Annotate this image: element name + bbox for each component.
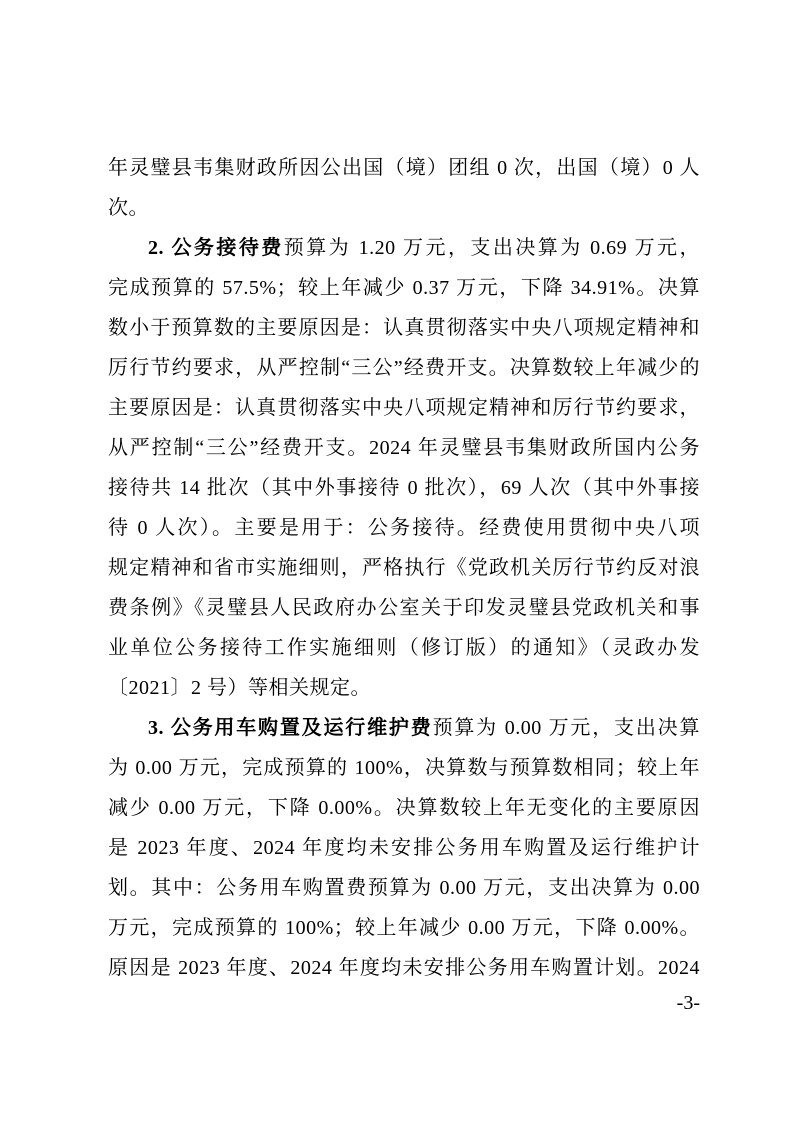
text-line: 是 2023 年度、2024 年度均未安排公务用车购置及运行维护计 [108,828,700,868]
text-run: 次。 [108,197,149,219]
text-line: 数小于预算数的主要原因是：认真贯彻落实中央八项规定精神和 [108,308,700,348]
text-run: 规定精神和省市实施细则，严格执行《党政机关厉行节约反对浪 [108,557,700,579]
text-line: 年灵璧县韦集财政所因公出国（境）团组 0 次，出国（境）0 人 [108,148,700,188]
document-page: 年灵璧县韦集财政所因公出国（境）团组 0 次，出国（境）0 人次。2. 公务接待… [0,0,793,1122]
text-line: 接待共 14 批次（其中外事接待 0 批次），69 人次（其中外事接 [108,468,700,508]
text-run: 厉行节约要求，从严控制“三公”经费开支。决算数较上年减少的 [108,357,700,379]
page-number: -3- [677,991,700,1015]
text-line: 3. 公务用车购置及运行维护费预算为 0.00 万元，支出决算 [108,708,700,748]
text-run: 划。其中：公务用车购置费预算为 0.00 万元，支出决算为 0.00 [108,877,700,899]
text-run: 减少 0.00 万元，下降 0.00%。决算数较上年无变化的主要原因 [108,797,700,819]
document-body: 年灵璧县韦集财政所因公出国（境）团组 0 次，出国（境）0 人次。2. 公务接待… [108,148,700,988]
text-run: 〔2021〕2 号）等相关规定。 [108,677,371,699]
text-run: 是 2023 年度、2024 年度均未安排公务用车购置及运行维护计 [108,837,700,859]
text-run: 主要原因是：认真贯彻落实中央八项规定精神和厉行节约要求， [108,397,700,419]
text-run: 万元，完成预算的 100%；较上年减少 0.00 万元，下降 0.00%。 [108,917,700,939]
text-run: 年灵璧县韦集财政所因公出国（境）团组 0 次，出国（境）0 人 [108,157,700,179]
text-run: 从严控制“三公”经费开支。2024 年灵璧县韦集财政所国内公务 [108,437,700,459]
text-line: 为 0.00 万元，完成预算的 100%，决算数与预算数相同；较上年 [108,748,700,788]
section-heading: 2. 公务接待费 [148,237,284,259]
text-line: 费条例》《灵璧县人民政府办公室关于印发灵璧县党政机关和事 [108,588,700,628]
text-run: 预算为 1.20 万元，支出决算为 0.69 万元， [284,237,700,259]
text-line: 2. 公务接待费预算为 1.20 万元，支出决算为 0.69 万元， [108,228,700,268]
text-line: 厉行节约要求，从严控制“三公”经费开支。决算数较上年减少的 [108,348,700,388]
text-line: 业单位公务接待工作实施细则（修订版）的通知》（灵政办发 [108,628,700,668]
text-line: 主要原因是：认真贯彻落实中央八项规定精神和厉行节约要求， [108,388,700,428]
text-run: 待 0 人次）。主要是用于：公务接待。经费使用贯彻中央八项 [108,517,700,539]
text-line: 完成预算的 57.5%；较上年减少 0.37 万元，下降 34.91%。决算 [108,268,700,308]
text-run: 费条例》《灵璧县人民政府办公室关于印发灵璧县党政机关和事 [108,597,700,619]
text-run: 业单位公务接待工作实施细则（修订版）的通知》（灵政办发 [108,637,700,659]
text-line: 万元，完成预算的 100%；较上年减少 0.00 万元，下降 0.00%。 [108,908,700,948]
text-line: 规定精神和省市实施细则，严格执行《党政机关厉行节约反对浪 [108,548,700,588]
text-line: 划。其中：公务用车购置费预算为 0.00 万元，支出决算为 0.00 [108,868,700,908]
text-run: 接待共 14 批次（其中外事接待 0 批次），69 人次（其中外事接 [108,477,700,499]
text-run: 原因是 2023 年度、2024 年度均未安排公务用车购置计划。2024 [108,957,700,979]
text-line: 减少 0.00 万元，下降 0.00%。决算数较上年无变化的主要原因 [108,788,700,828]
text-run: 预算为 0.00 万元，支出决算 [433,717,700,739]
text-run: 数小于预算数的主要原因是：认真贯彻落实中央八项规定精神和 [108,317,700,339]
text-line: 〔2021〕2 号）等相关规定。 [108,668,700,708]
text-line: 原因是 2023 年度、2024 年度均未安排公务用车购置计划。2024 [108,948,700,988]
text-line: 从严控制“三公”经费开支。2024 年灵璧县韦集财政所国内公务 [108,428,700,468]
text-line: 次。 [108,188,700,228]
text-run: 为 0.00 万元，完成预算的 100%，决算数与预算数相同；较上年 [108,757,700,779]
text-line: 待 0 人次）。主要是用于：公务接待。经费使用贯彻中央八项 [108,508,700,548]
text-run: 完成预算的 57.5%；较上年减少 0.37 万元，下降 34.91%。决算 [108,277,700,299]
section-heading: 3. 公务用车购置及运行维护费 [148,717,433,739]
